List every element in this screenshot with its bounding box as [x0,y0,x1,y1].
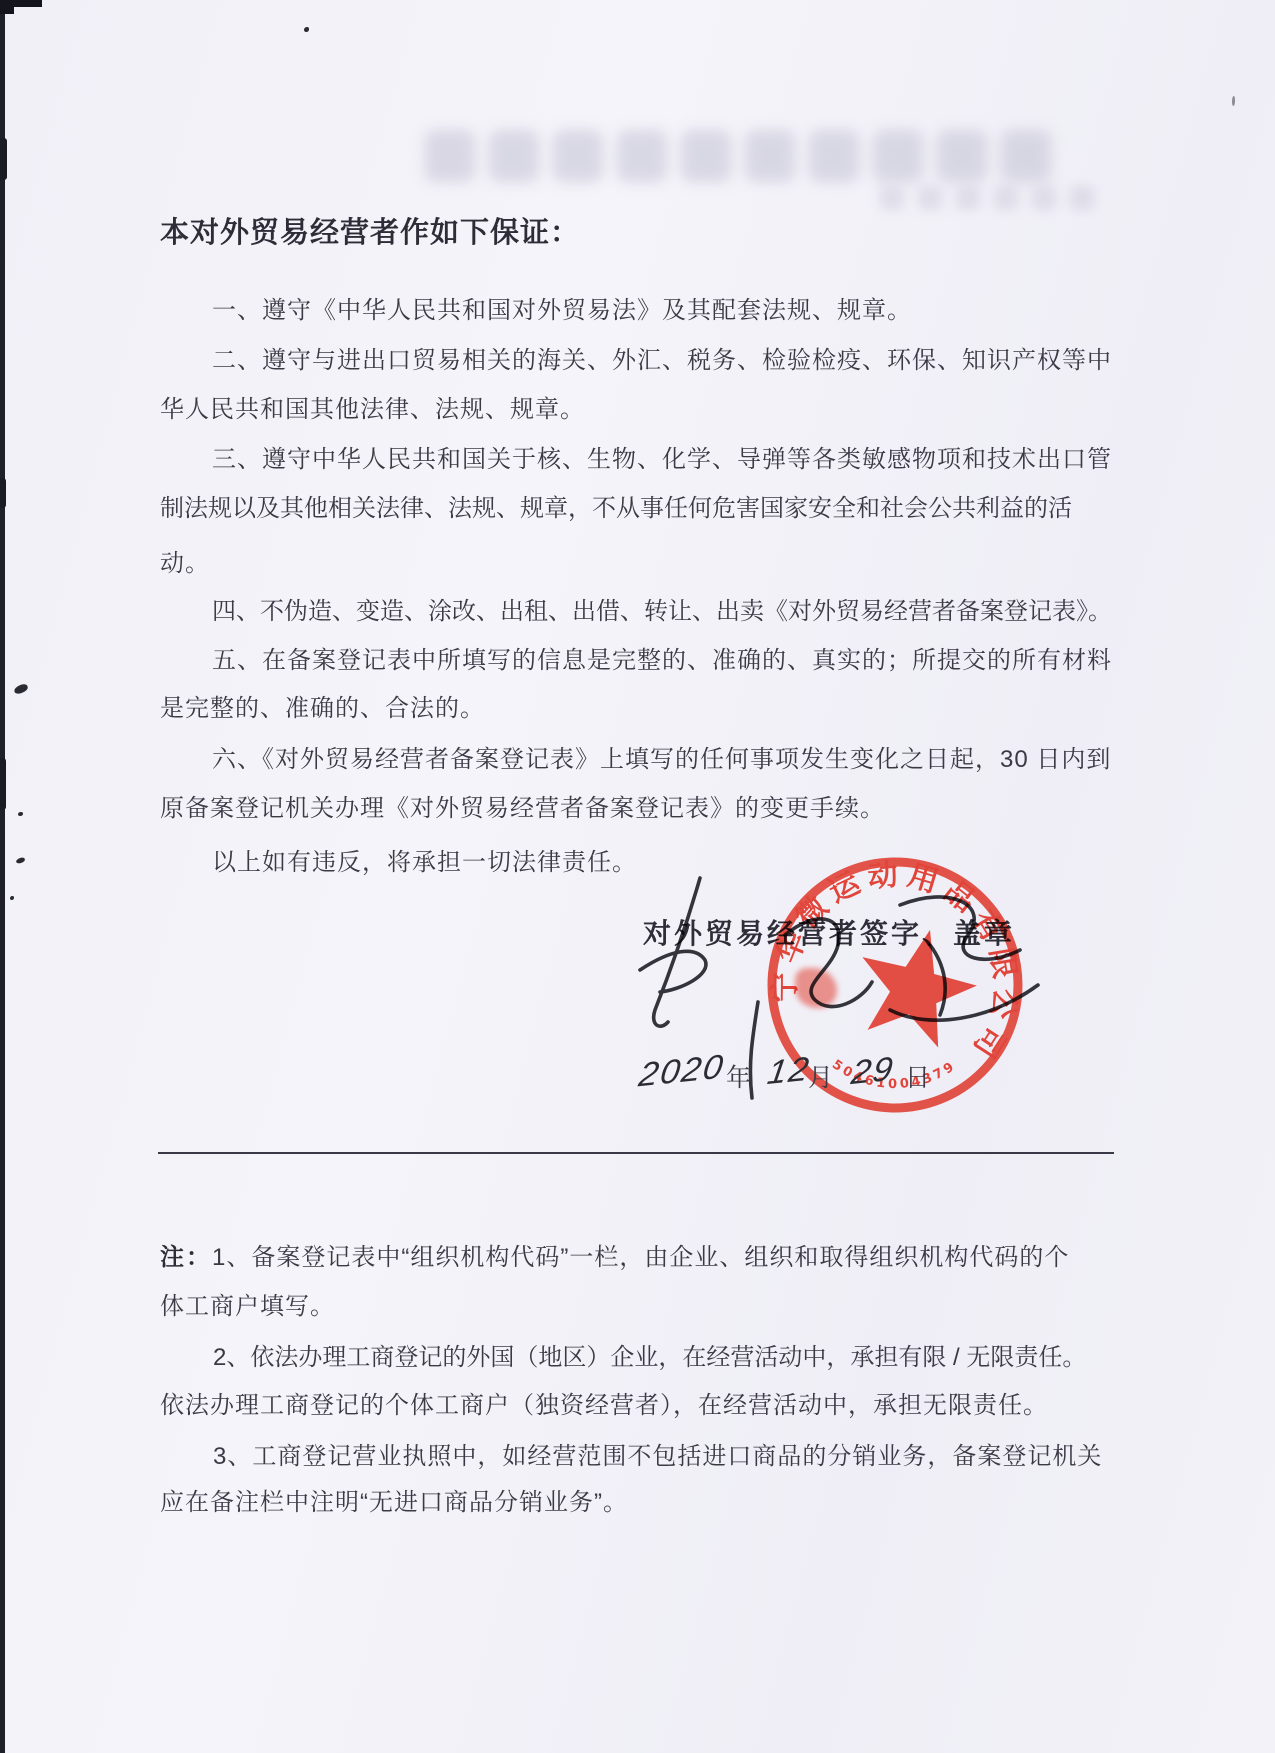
scanner-corner-mark [0,0,14,14]
dust-speck [10,896,14,900]
handwritten-day: 29 [849,1050,897,1093]
note-line: 体工商户填写。 [160,1286,335,1321]
note-line: 依法办理工商登记的个体工商户（独资经营者），在经营活动中，承担无限责任。 [160,1385,1048,1420]
body-line: 二、遵守与进出口贸易相关的海关、外汇、税务、检验检疫、环保、知识产权等中 [212,340,1112,375]
section-divider [158,1152,1114,1154]
body-line: 六、《对外贸易经营者备案登记表》上填写的任何事项发生变化之日起，30 日内到 [212,739,1111,774]
body-line: 华人民共和国其他法律、法规、规章。 [160,389,585,424]
note-line: 3、工商登记营业执照中，如经营范围不包括进口商品的分销业务，备案登记机关 [213,1436,1102,1471]
scanner-edge-strip [0,0,5,1753]
scanner-edge-mark [0,138,7,180]
dust-speck [18,812,23,816]
note-line: 2、依法办理工商登记的外国（地区）企业，在经营活动中，承担有限 / 无限责任。 [213,1337,1086,1372]
scanner-edge-mark [0,758,6,810]
month-label: 月 [808,1058,833,1094]
body-line: 原备案登记机关办理《对外贸易经营者备案登记表》的变更手续。 [160,788,885,823]
body-line: 动。 [160,543,210,578]
handwritten-month: 12 [765,1050,813,1093]
bleed-through-ghost-text [425,130,1051,182]
body-line: 制法规以及其他相关法律、法规、规章，不从事任何危害国家安全和社会公共利益的活 [160,488,1072,523]
document-title: 本对外贸易经营者作如下保证： [160,210,580,251]
body-line: 是完整的、准确的、合法的。 [160,688,485,723]
year-label: 年 [726,1058,751,1094]
notes-label: 注： [160,1244,212,1271]
scanner-edge-mark [0,478,6,508]
note-line: 注：1、备案登记表中“组织机构代码”一栏，由企业、组织和取得组织机构代码的个 [160,1237,1069,1272]
dust-speck [13,683,29,695]
dust-speck [304,27,309,32]
note-line: 应在备注栏中注明“无进口商品分销业务”。 [160,1482,628,1517]
body-line: 三、遵守中华人民共和国关于核、生物、化学、导弹等各类敏感物项和技术出口管 [212,439,1112,474]
bleed-through-ghost-text [880,186,1094,210]
day-label: 日 [905,1058,930,1094]
body-line: 一、遵守《中华人民共和国对外贸易法》及其配套法规、规章。 [212,290,912,325]
body-line: 四、不伪造、变造、涂改、出租、出借、转让、出卖《对外贸易经营者备案登记表》。 [212,591,1112,626]
scanned-document-page: 本对外贸易经营者作如下保证： 一、遵守《中华人民共和国对外贸易法》及其配套法规、… [0,0,1275,1753]
body-line: 五、在备案登记表中所填写的信息是完整的、准确的、真实的；所提交的所有材料 [212,640,1112,675]
dust-speck [1232,96,1235,106]
body-line: 以上如有违反，将承担一切法律责任。 [212,842,637,877]
dust-speck [16,857,26,864]
note-text: 1、备案登记表中“组织机构代码”一栏，由企业、组织和取得组织机构代码的个 [212,1244,1069,1271]
